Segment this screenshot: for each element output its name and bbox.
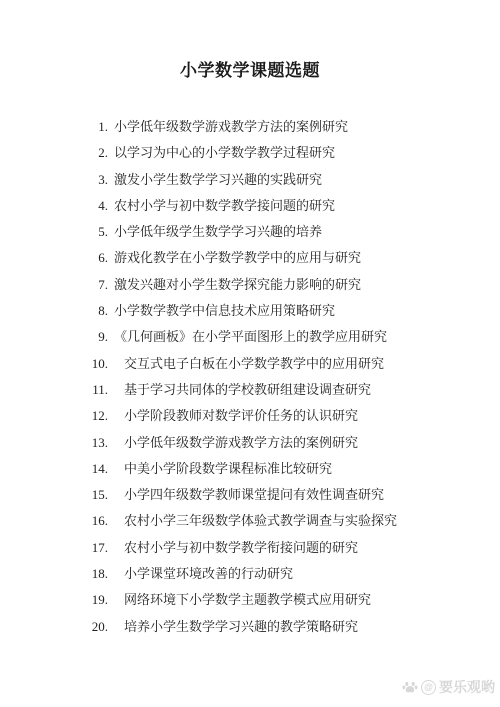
list-item-text: 农村小学与初中数学教学衔接问题的研究 xyxy=(124,535,358,561)
list-item: 7.激发兴趣对小学生数学探究能力影响的研究 xyxy=(60,272,480,298)
list-item-text: 小学低年级数学游戏教学方法的案例研究 xyxy=(114,114,348,140)
list-item-number: 17. xyxy=(60,535,108,561)
list-item: 16.农村小学三年级数学体验式教学调查与实验探究 xyxy=(60,508,480,534)
list-item: 6.游戏化教学在小学数学教学中的应用与研究 xyxy=(60,245,480,271)
watermark-text: 要乐观哟 xyxy=(439,679,495,695)
list-item-text: 激发小学生数学学习兴趣的实践研究 xyxy=(114,167,322,193)
list-item-number: 1. xyxy=(60,114,108,140)
list-item-text: 小学低年级学生数学学习兴趣的培养 xyxy=(114,219,322,245)
document-page: 小学数学课题选题 1.小学低年级数学游戏教学方法的案例研究2.以学习为中心的小学… xyxy=(0,0,500,707)
watermark: @ 要乐观哟 xyxy=(402,679,495,695)
list-item: 12.小学阶段教师对数学评价任务的认识研究 xyxy=(60,403,480,429)
list-item: 1.小学低年级数学游戏教学方法的案例研究 xyxy=(60,114,480,140)
list-item-number: 2. xyxy=(60,140,108,166)
list-item: 13.小学低年级数学游戏教学方法的案例研究 xyxy=(60,430,480,456)
list-item-number: 8. xyxy=(60,298,108,324)
list-item: 14.中美小学阶段数学课程标准比较研究 xyxy=(60,456,480,482)
list-item-text: 以学习为中心的小学数学教学过程研究 xyxy=(114,140,335,166)
list-item-text: 小学课堂环境改善的行动研究 xyxy=(124,561,293,587)
list-item: 19.网络环境下小学数学主题教学模式应用研究 xyxy=(60,587,480,613)
list-item: 20.培养小学生数学学习兴趣的教学策略研究 xyxy=(60,614,480,640)
list-item-text: 游戏化教学在小学数学教学中的应用与研究 xyxy=(114,245,361,271)
list-item-text: 交互式电子白板在小学数学教学中的应用研究 xyxy=(124,351,384,377)
list-item-text: 中美小学阶段数学课程标准比较研究 xyxy=(124,456,332,482)
list-item-text: 《几何画板》在小学平面图形上的教学应用研究 xyxy=(114,324,387,350)
list-item-text: 激发兴趣对小学生数学探究能力影响的研究 xyxy=(114,272,361,298)
list-item-number: 19. xyxy=(60,587,108,613)
list-item: 3.激发小学生数学学习兴趣的实践研究 xyxy=(60,167,480,193)
list-item-number: 6. xyxy=(60,245,108,271)
list-item-text: 小学低年级数学游戏教学方法的案例研究 xyxy=(124,430,358,456)
list-item: 11.基于学习共同体的学校教研组建设调查研究 xyxy=(60,377,480,403)
list-item-number: 13. xyxy=(60,430,108,456)
list-item-number: 18. xyxy=(60,561,108,587)
list-item: 5.小学低年级学生数学学习兴趣的培养 xyxy=(60,219,480,245)
list-item: 9.《几何画板》在小学平面图形上的教学应用研究 xyxy=(60,324,480,350)
list-item: 2.以学习为中心的小学数学教学过程研究 xyxy=(60,140,480,166)
list-item: 10.交互式电子白板在小学数学教学中的应用研究 xyxy=(60,351,480,377)
list-item-text: 小学数学教学中信息技术应用策略研究 xyxy=(114,298,335,324)
list-item-number: 4. xyxy=(60,193,108,219)
list-item: 8.小学数学教学中信息技术应用策略研究 xyxy=(60,298,480,324)
list-item: 15.小学四年级数学教师课堂提问有效性调查研究 xyxy=(60,482,480,508)
list-item-number: 20. xyxy=(60,614,108,640)
list-item: 18.小学课堂环境改善的行动研究 xyxy=(60,561,480,587)
list-item-text: 基于学习共同体的学校教研组建设调查研究 xyxy=(124,377,371,403)
list-item-text: 小学四年级数学教师课堂提问有效性调查研究 xyxy=(124,482,384,508)
list-item: 4.农村小学与初中数学教学接问题的研究 xyxy=(60,193,480,219)
list-item-number: 7. xyxy=(60,272,108,298)
list-item-text: 培养小学生数学学习兴趣的教学策略研究 xyxy=(124,614,358,640)
list-item-number: 14. xyxy=(60,456,108,482)
list-item-text: 小学阶段教师对数学评价任务的认识研究 xyxy=(124,403,358,429)
list-item-number: 16. xyxy=(60,508,108,534)
list-item-text: 农村小学与初中数学教学接问题的研究 xyxy=(114,193,335,219)
list-item-number: 12. xyxy=(60,403,108,429)
at-badge-icon: @ xyxy=(421,680,436,695)
list-item: 17.农村小学与初中数学教学衔接问题的研究 xyxy=(60,535,480,561)
page-title: 小学数学课题选题 xyxy=(0,61,500,81)
list-item-number: 10. xyxy=(60,351,108,377)
paw-icon xyxy=(402,679,418,695)
list-item-number: 9. xyxy=(60,324,108,350)
list-item-number: 3. xyxy=(60,167,108,193)
list-item-number: 15. xyxy=(60,482,108,508)
list-item-number: 11. xyxy=(60,377,108,403)
list-item-number: 5. xyxy=(60,219,108,245)
list-item-text: 农村小学三年级数学体验式教学调查与实验探究 xyxy=(124,508,397,534)
list-item-text: 网络环境下小学数学主题教学模式应用研究 xyxy=(124,587,371,613)
topic-list: 1.小学低年级数学游戏教学方法的案例研究2.以学习为中心的小学数学教学过程研究3… xyxy=(60,114,480,640)
